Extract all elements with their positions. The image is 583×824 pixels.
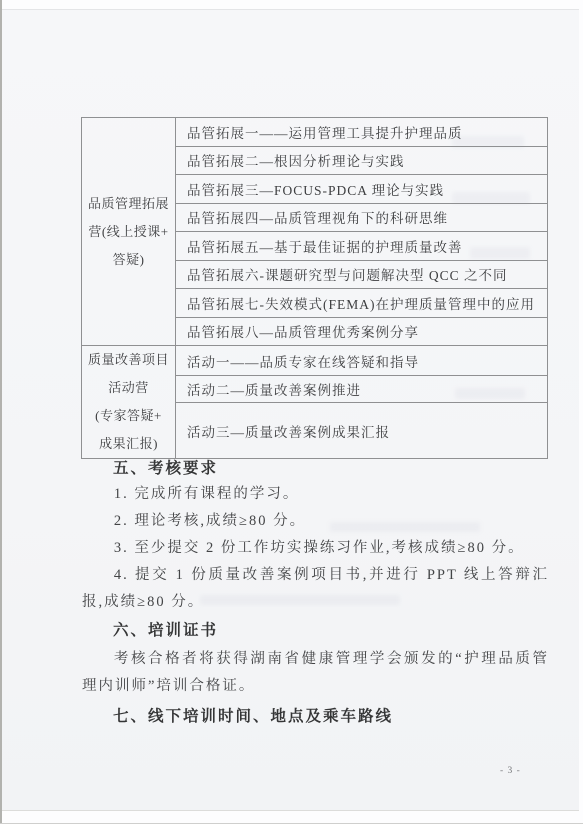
section-certificate-heading: 六、培训证书: [82, 620, 549, 642]
course-cell: 品管拓展一——运用管理工具提升护理品质: [176, 118, 548, 147]
course-cell: 品管拓展四—品质管理视角下的科研思维: [176, 203, 548, 232]
assessment-item: 2. 理论考核,成绩≥80 分。: [82, 508, 549, 535]
course-cell: 品管拓展二—根因分析理论与实践: [176, 146, 548, 175]
assessment-item: 3. 至少提交 2 份工作坊实操练习作业,考核成绩≥80 分。: [82, 535, 549, 562]
group-label-cell: 品质管理拓展 营(线上授课+ 答疑): [82, 118, 176, 346]
course-cell: 品管拓展三—FOCUS-PDCA 理论与实践: [176, 175, 548, 204]
course-table-wrapper: 品质管理拓展 营(线上授课+ 答疑) 品管拓展一——运用管理工具提升护理品质 品…: [81, 117, 548, 459]
section-offline-heading: 七、线下培训时间、地点及乘车路线: [82, 706, 549, 728]
course-cell: 品管拓展八—品质管理优秀案例分享: [176, 317, 548, 346]
group-label-cell: 质量改善项目 活动营 (专家答疑+ 成果汇报): [82, 346, 176, 459]
assessment-item: 4. 提交 1 份质量改善案例项目书,并进行 PPT 线上答辩汇报,成绩≥80 …: [82, 562, 549, 616]
course-cell: 活动二—质量改善案例推进: [176, 376, 548, 403]
course-cell: 品管拓展七-失效模式(FEMA)在护理质量管理中的应用: [176, 289, 548, 318]
section-assessment-heading: 五、考核要求: [82, 458, 549, 480]
certificate-paragraph: 考核合格者将获得湖南省健康管理学会颁发的“护理品质管理内训师”培训合格证。: [82, 646, 549, 700]
scan-page: 品质管理拓展 营(线上授课+ 答疑) 品管拓展一——运用管理工具提升护理品质 品…: [0, 0, 583, 824]
course-cell: 品管拓展五—基于最佳证据的护理质量改善: [176, 232, 548, 261]
course-cell: 品管拓展六-课题研究型与问题解决型 QCC 之不同: [176, 260, 548, 289]
course-cell: 活动三—质量改善案例成果汇报: [176, 403, 548, 459]
course-table: 品质管理拓展 营(线上授课+ 答疑) 品管拓展一——运用管理工具提升护理品质 品…: [81, 117, 548, 459]
course-cell: 活动一——品质专家在线答疑和指导: [176, 346, 548, 376]
assessment-item: 1. 完成所有课程的学习。: [82, 481, 549, 508]
page-number: - 3 -: [500, 766, 521, 776]
table-row: 品质管理拓展 营(线上授课+ 答疑) 品管拓展一——运用管理工具提升护理品质: [82, 118, 548, 147]
table-row: 质量改善项目 活动营 (专家答疑+ 成果汇报) 活动一——品质专家在线答疑和指导: [82, 346, 548, 376]
page-content: 品质管理拓展 营(线上授课+ 答疑) 品管拓展一——运用管理工具提升护理品质 品…: [0, 0, 583, 824]
assessment-list: 1. 完成所有课程的学习。 2. 理论考核,成绩≥80 分。 3. 至少提交 2…: [82, 481, 549, 616]
